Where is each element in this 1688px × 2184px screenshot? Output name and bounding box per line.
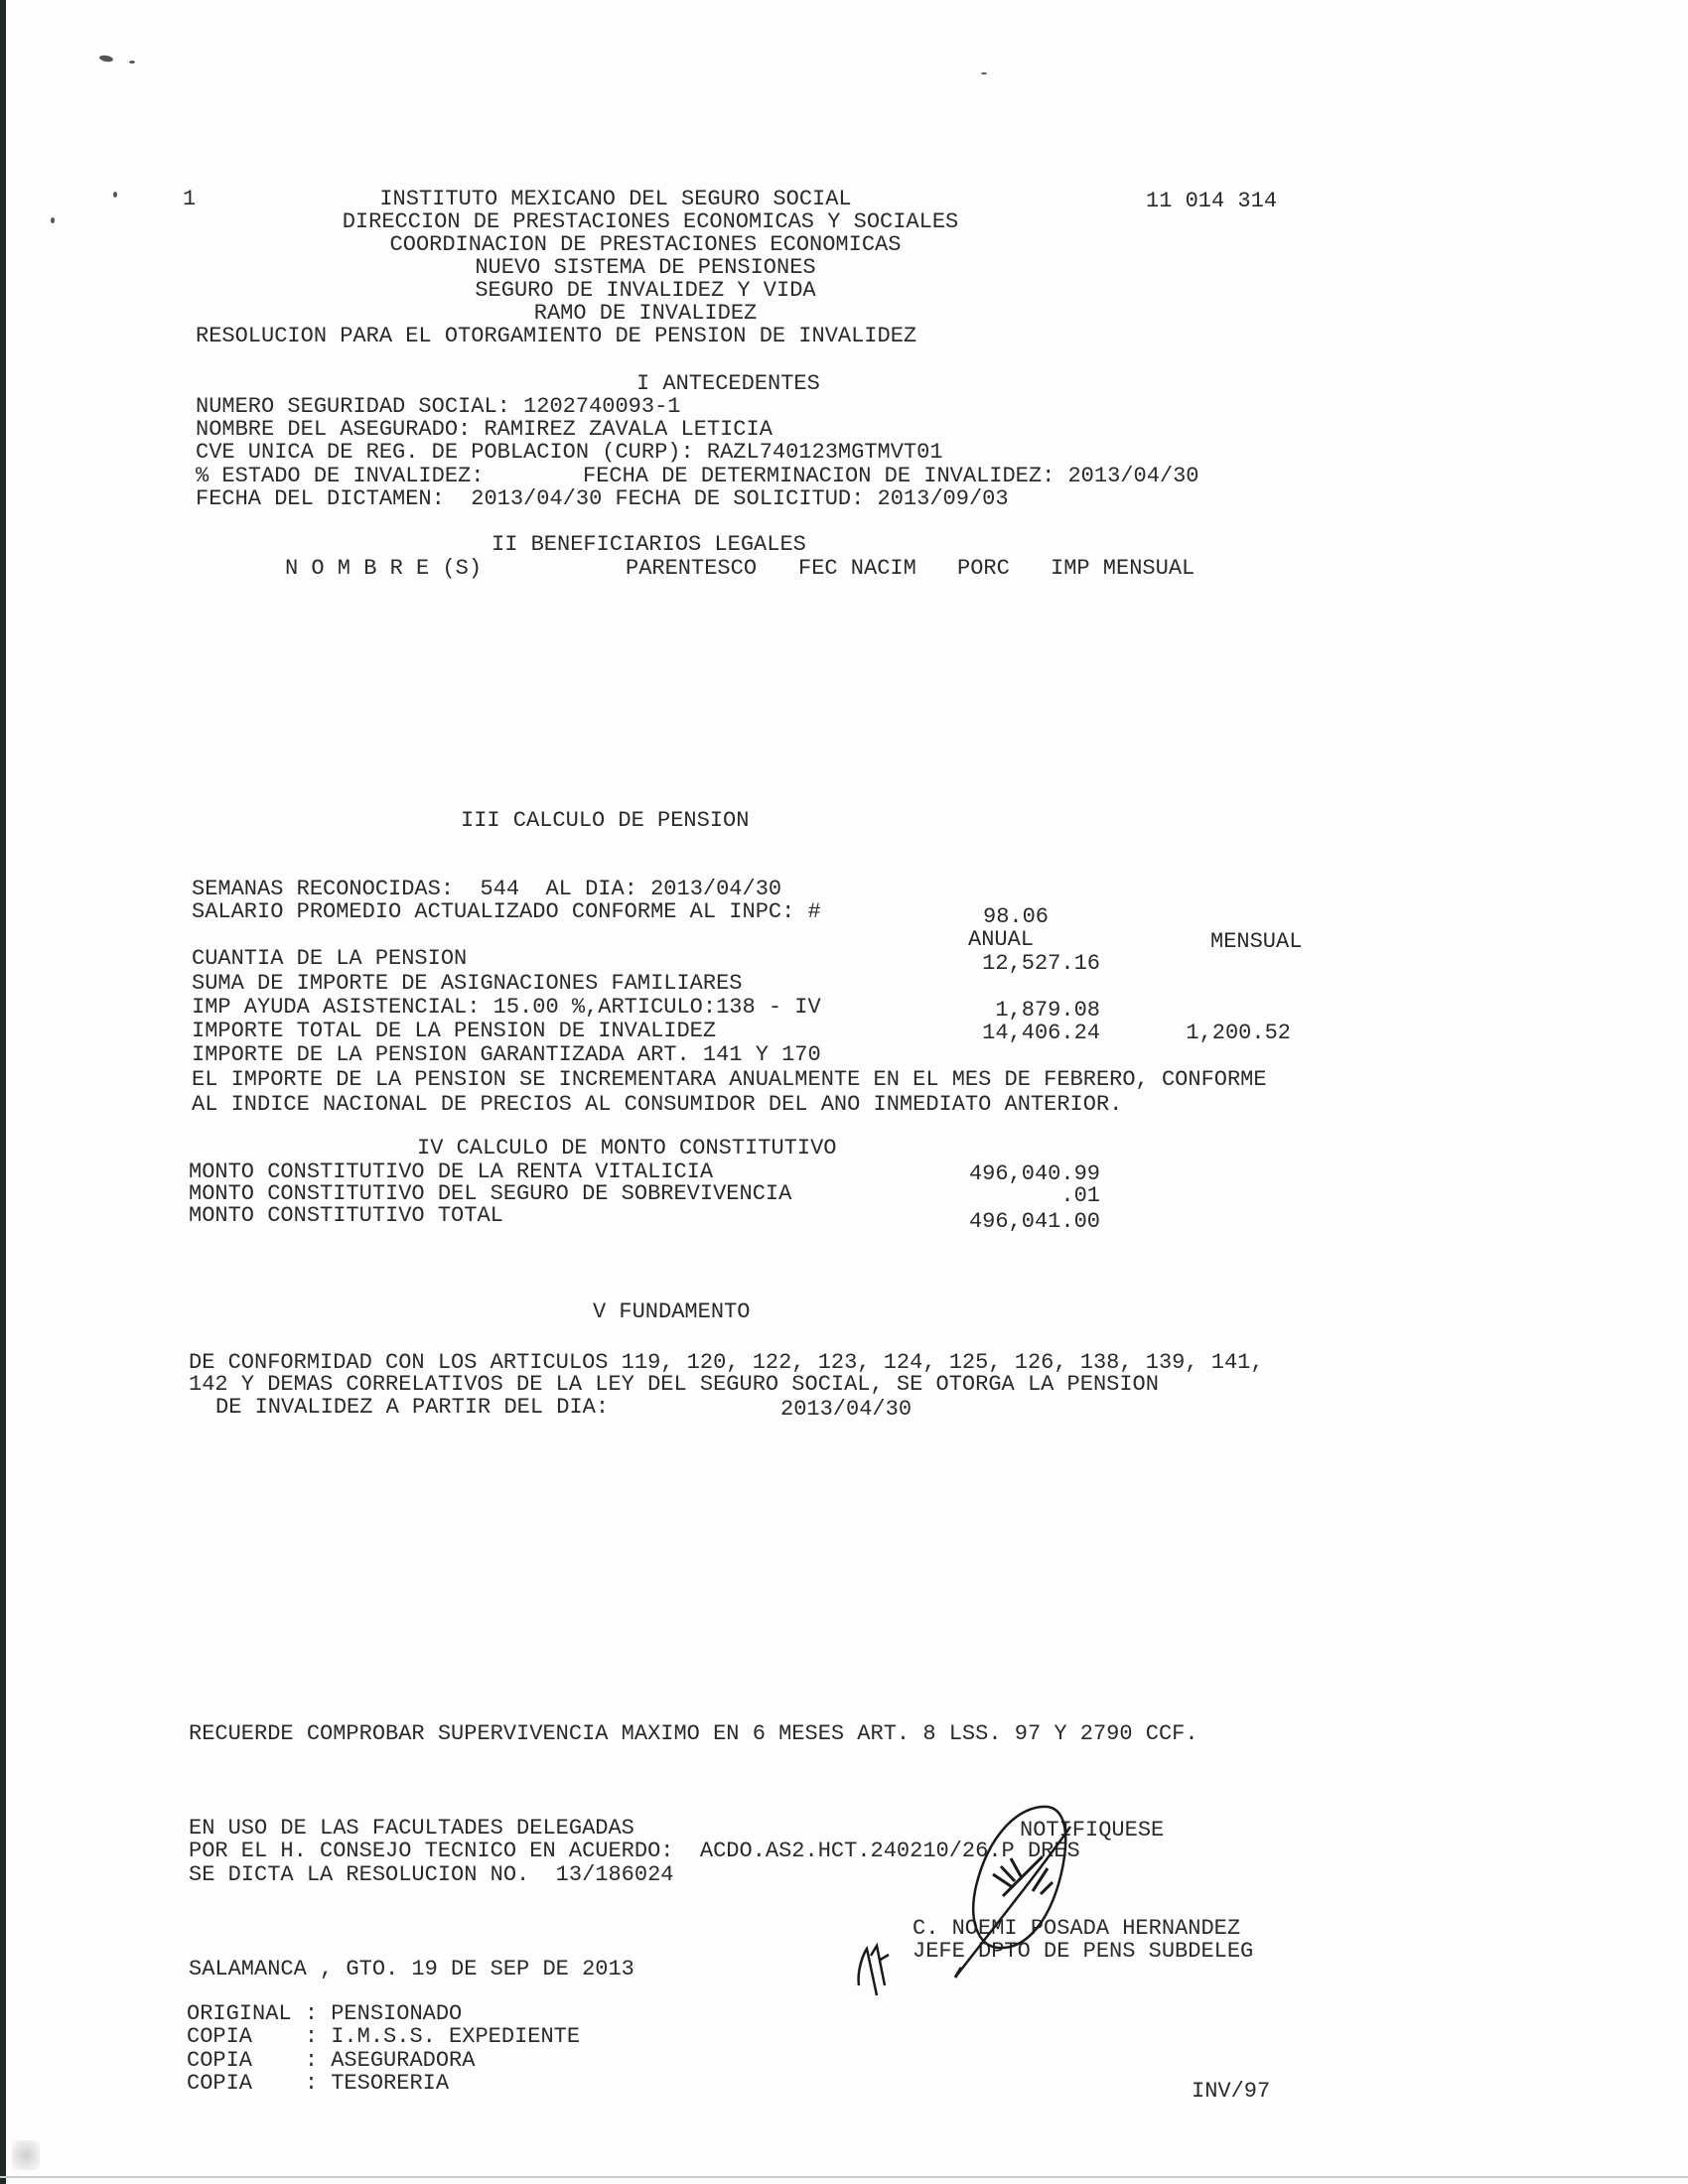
scan-speck <box>99 55 114 63</box>
calc-row-label: IMP AYUDA ASISTENCIAL: 15.00 %,ARTICULO:… <box>192 996 821 1020</box>
distribution-recipient: TESORERIA <box>331 2071 449 2096</box>
distribution-recipient: ASEGURADORA <box>331 2048 475 2073</box>
nss-label: NUMERO SEGURIDAD SOCIAL: <box>196 394 510 419</box>
column-header-nombres: N O M B R E (S) <box>285 557 482 581</box>
estado-invalidez-label: % ESTADO DE INVALIDEZ: <box>196 465 484 488</box>
section-heading: II BENEFICIARIOS LEGALES <box>492 533 806 557</box>
resolution-number: 13/186024 <box>556 1862 674 1887</box>
column-header-anual: ANUAL <box>968 928 1034 952</box>
increment-note-line-2: AL INDICE NACIONAL DE PRECIOS AL CONSUMI… <box>192 1093 1122 1117</box>
monto-row-value: .01 <box>914 1184 1100 1208</box>
semanas-value: 544 <box>480 877 519 901</box>
scan-speck <box>51 217 55 223</box>
scan-speck <box>129 61 135 64</box>
distribution-type: COPIA <box>187 2048 252 2073</box>
column-header-porc: PORC <box>957 557 1010 581</box>
resolution-line-2: POR EL H. CONSEJO TECNICO EN ACUERDO: AC… <box>189 1840 1080 1863</box>
resolution-line-3: SE DICTA LA RESOLUCION NO. 13/186024 <box>189 1863 674 1887</box>
calc-row-label: IMPORTE DE LA PENSION GARANTIZADA ART. 1… <box>192 1043 821 1067</box>
determinacion-label: FECHA DE DETERMINACION DE INVALIDEZ: <box>583 464 1055 488</box>
determinacion-field: FECHA DE DETERMINACION DE INVALIDEZ: 201… <box>583 465 1199 488</box>
distribution-type: ORIGINAL <box>187 2001 292 2026</box>
name-value: RAMIREZ ZAVALA LETICIA <box>484 417 772 442</box>
curp-label: CVE UNICA DE REG. DE POBLACION (CURP): <box>196 440 694 465</box>
calc-row-label: IMPORTE TOTAL DE LA PENSION DE INVALIDEZ <box>192 1020 716 1043</box>
distribution-recipient: I.M.S.S. EXPEDIENTE <box>331 2024 580 2049</box>
distribution-type: COPIA <box>187 2024 252 2049</box>
nss-value: 1202740093-1 <box>523 394 680 419</box>
section-heading: V FUNDAMENTO <box>593 1300 750 1324</box>
resolution-line-1: EN USO DE LAS FACULTADES DELEGADAS <box>189 1817 634 1841</box>
distribution-item: COPIA : I.M.S.S. EXPEDIENTE <box>187 2025 580 2049</box>
distribution-item: COPIA : ASEGURADORA <box>187 2049 475 2073</box>
name-label: NOMBRE DEL ASEGURADO: <box>196 417 471 442</box>
section-heading: IV CALCULO DE MONTO CONSTITUTIVO <box>417 1137 836 1160</box>
calc-row-anual: 14,406.24 <box>933 1022 1100 1045</box>
insurance-name: SEGURO DE INVALIDEZ Y VIDA <box>377 279 914 303</box>
monto-row-value: 496,041.00 <box>914 1210 1100 1234</box>
section-heading: III CALCULO DE PENSION <box>461 809 749 833</box>
column-header-fec-nacim: FEC NACIM <box>798 557 916 581</box>
curp-value: RAZL740123MGTMVT01 <box>707 440 943 465</box>
distribution-type: COPIA <box>187 2071 252 2096</box>
coordination-name: COORDINACION DE PRESTACIONES ECONOMICAS <box>377 233 914 257</box>
monto-row-label: MONTO CONSTITUTIVO TOTAL <box>189 1204 503 1228</box>
section-heading: I ANTECEDENTES <box>636 372 820 396</box>
scan-edge-bottom <box>0 2176 1688 2178</box>
distribution-item: ORIGINAL : PENSIONADO <box>187 2002 462 2026</box>
column-header-mensual: MENSUAL <box>1210 930 1302 954</box>
increment-note-line-1: EL IMPORTE DE LA PENSION SE INCREMENTARA… <box>192 1068 1267 1092</box>
dictamen-value: 2013/04/30 <box>471 486 602 511</box>
al-dia-value: 2013/04/30 <box>650 877 781 901</box>
system-name: NUEVO SISTEMA DE PENSIONES <box>377 256 914 280</box>
determinacion-value: 2013/04/30 <box>1067 464 1198 488</box>
scan-smudge <box>12 2140 40 2170</box>
place-and-date: SALAMANCA , GTO. 19 DE SEP DE 2013 <box>189 1958 634 1981</box>
distribution-item: COPIA : TESORERIA <box>187 2072 449 2096</box>
nss-field: NUMERO SEGURIDAD SOCIAL: 1202740093-1 <box>196 395 681 419</box>
fundamento-line-2: 142 Y DEMAS CORRELATIVOS DE LA LEY DEL S… <box>189 1373 1159 1397</box>
direction-name: DIRECCION DE PRESTACIONES ECONOMICAS Y S… <box>328 210 973 234</box>
solicitud-value: 2013/09/03 <box>878 486 1009 511</box>
distribution-recipient: PENSIONADO <box>331 2001 462 2026</box>
document-title: RESOLUCION PARA EL OTORGAMIENTO DE PENSI… <box>196 325 916 348</box>
acuerdo-label: POR EL H. CONSEJO TECNICO EN ACUERDO: <box>189 1839 673 1863</box>
column-header-imp-mensual: IMP MENSUAL <box>1051 557 1195 581</box>
scan-speck <box>981 72 987 74</box>
salario-value: 98.06 <box>983 905 1049 929</box>
calc-row-mensual: 1,200.52 <box>1168 1022 1291 1045</box>
salario-label: SALARIO PROMEDIO ACTUALIZADO CONFORME AL… <box>192 900 821 924</box>
calc-row-label: CUANTIA DE LA PENSION <box>192 947 467 971</box>
dictamen-field: FECHA DEL DICTAMEN: 2013/04/30 FECHA DE … <box>196 487 1009 511</box>
dictamen-label: FECHA DEL DICTAMEN: <box>196 486 445 511</box>
calc-row-anual: 12,527.16 <box>933 952 1100 976</box>
name-field: NOMBRE DEL ASEGURADO: RAMIREZ ZAVALA LET… <box>196 418 773 442</box>
handwritten-initials <box>849 1941 899 2010</box>
branch-name: RAMO DE INVALIDEZ <box>377 302 914 326</box>
column-header-parentesco: PARENTESCO <box>626 557 757 581</box>
calc-row-label: SUMA DE IMPORTE DE ASIGNACIONES FAMILIAR… <box>192 972 743 996</box>
al-dia-label: AL DIA: <box>545 877 636 901</box>
document-number: 11 014 314 <box>1146 190 1277 213</box>
fundamento-line-3-label: DE INVALIDEZ A PARTIR DEL DIA: <box>215 1396 609 1420</box>
semanas-field: SEMANAS RECONOCIDAS: 544 AL DIA: 2013/04… <box>192 878 781 901</box>
signatory-position: JEFE DPTO DE PENS SUBDELEG <box>913 1940 1253 1964</box>
resolution-number-label: SE DICTA LA RESOLUCION NO. <box>189 1862 529 1887</box>
curp-field: CVE UNICA DE REG. DE POBLACION (CURP): R… <box>196 441 943 465</box>
page-number: 1 <box>183 188 196 211</box>
fundamento-start-date: 2013/04/30 <box>780 1398 912 1422</box>
solicitud-label: FECHA DE SOLICITUD: <box>615 486 864 511</box>
scan-speck <box>113 192 117 198</box>
supervivencia-reminder: RECUERDE COMPROBAR SUPERVIVENCIA MAXIMO … <box>189 1722 1198 1746</box>
calc-row-anual: 1,879.08 <box>933 999 1100 1023</box>
semanas-label: SEMANAS RECONOCIDAS: <box>192 877 454 901</box>
form-code: INV/97 <box>1192 2080 1270 2104</box>
institution-name: INSTITUTO MEXICANO DEL SEGURO SOCIAL <box>328 188 904 211</box>
scan-edge-left <box>0 0 6 2184</box>
notifiquese-label: NOTIFIQUESE <box>1020 1819 1164 1843</box>
signatory-name: C. NOEMI POSADA HERNANDEZ <box>913 1917 1240 1941</box>
